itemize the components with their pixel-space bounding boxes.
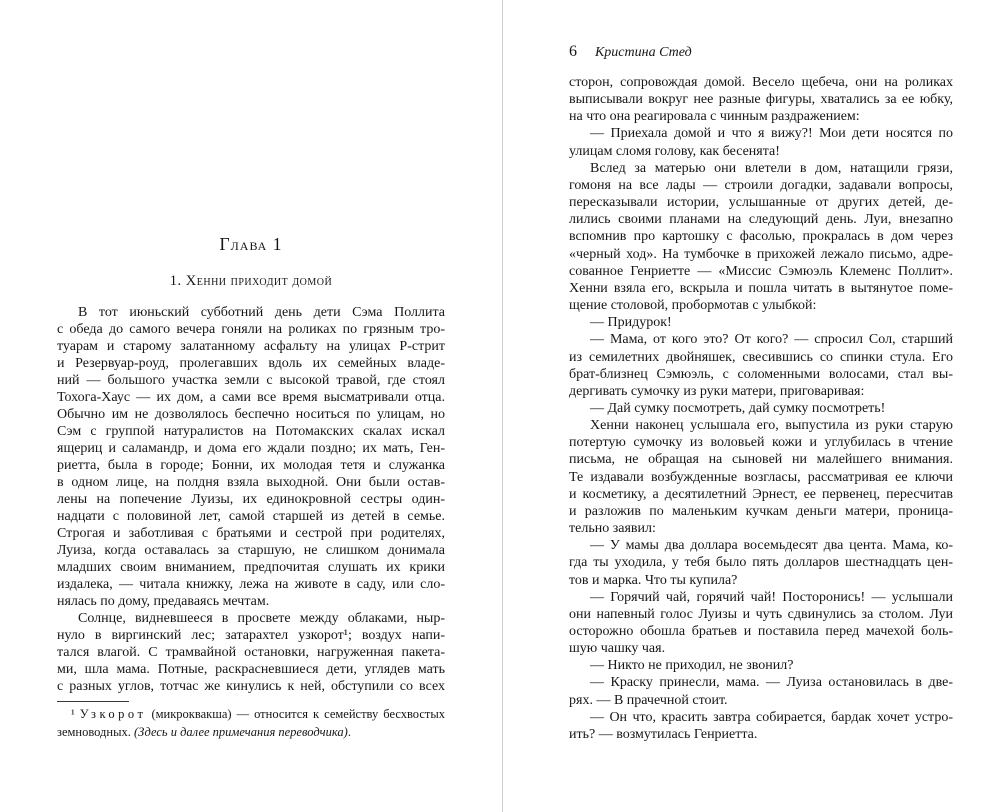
text-line: — Никто не приходил, не звонил? [569,657,953,674]
text-line: ми, шла мама. Потные, раскрасневшиеся де… [57,661,445,678]
text-line: надцати с половиной лет, самой старшей и… [57,508,445,525]
text-line: лились своими планами на следующий день.… [569,211,953,228]
text-line: лены на попечение Луизы, их единокровной… [57,491,445,508]
text-line: сторон, сопровождая домой. Весело щебеча… [569,74,953,91]
text-line: риетта, была в городе; Бонни, их молодая… [57,457,445,474]
text-line: Те издавали возбужденные возгласы, рассм… [569,469,953,486]
footnote-text: земноводных. [57,725,134,739]
footnote-line: ¹ Узкорот (микроквакша) — относится к се… [57,706,445,724]
text-line: с разных углов, тотчас же кинулись к ней… [57,678,445,695]
page-number: 6 [569,43,577,60]
text-line: младших своим вниманием, предпочитая слу… [57,559,445,576]
text-line: — Он что, красить завтра собирается, бар… [569,709,953,726]
left-page: Глава 1 1. Хенни приходит домой В тот ию… [0,0,502,812]
text-line: тался влагой. С трамвайной остановки, на… [57,644,445,661]
text-line: — Приехала домой и что я вижу?! Мои дети… [569,125,953,142]
text-line: — Краску принесли, мама. — Луиза останов… [569,674,953,691]
text-line: письма, не обращая на сыновей ни малейше… [569,451,953,468]
text-line: и косметику, а десятилетний Эрнест, ее п… [569,486,953,503]
paragraph: — У мамы два доллара восемьдесят два цен… [569,537,953,588]
footnote-term: Узкорот [80,707,147,721]
text-line: улицам сломя голову, как бесенята! [569,143,953,160]
text-line: туарам и старому залатанному асфальту на… [57,338,445,355]
text-line: из семилетних двойняшек, свесившись со с… [569,349,953,366]
text-line: Обычно им не дозволялось беспечно носить… [57,406,445,423]
footnote-line: земноводных. (Здесь и далее примечания п… [57,724,445,742]
text-line: брат-близнец Сэмюэль, с соломенными воло… [569,366,953,383]
text-line: — Придурок! [569,314,953,331]
text-line: тельно заявил: [569,520,953,537]
text-line: выписывали вокруг нее разные фигуры, хва… [569,91,953,108]
text-line: — Мама, от кого это? От кого? — спросил … [569,331,953,348]
text-line: в одном лице, на полдня взяла выходной. … [57,474,445,491]
text-line: на что она реагировала с чинным раздраже… [569,108,953,125]
footnote-text: (микроквакша) — относится к семейству бе… [151,707,445,721]
paragraph: — Приехала домой и что я вижу?! Мои дети… [569,125,953,159]
text-line: осторожно обошла братьев и поставила пер… [569,623,953,640]
text-line: потертую сумочку из воловьей кожи и углу… [569,434,953,451]
running-title: Кристина Стед [595,45,692,60]
text-line: рях. — В прачечной стоит. [569,692,953,709]
footnote-marker: ¹ [71,707,75,721]
text-line: — Горячий чай, горячий чай! Посторонись!… [569,589,953,606]
paragraph: — Дай сумку посмотреть, дай сумку посмот… [569,400,953,417]
paragraph: — Придурок! [569,314,953,331]
text-line: ящериц и саламандр, и дома его ждали поз… [57,440,445,457]
left-body-text: В тот июньский субботний день дети Сэма … [57,304,445,695]
text-line: нялась по дому, предаваясь мечтам. [57,593,445,610]
text-line: «черный ход». На тумбочке в прихожей леж… [569,246,953,263]
text-line: Хенни взяла его, вскрыла и пошла читать … [569,280,953,297]
text-line: нуло в виргинский лес; затарахтел узкоро… [57,627,445,644]
section-heading: 1. Хенни приходит домой [57,273,445,290]
right-body-text: сторон, сопровождая домой. Весело щебеча… [569,74,953,743]
running-header: 6Кристина Стед [569,43,953,61]
text-line: дергивать сумочку из руки матери, пригов… [569,383,953,400]
text-line: тов и марка. Что ты купила? [569,572,953,589]
text-line: ить? — возмутилась Генриетта. [569,726,953,743]
footnote: ¹ Узкорот (микроквакша) — относится к се… [57,701,445,741]
translator-note: (Здесь и далее примечания переводчика) [134,725,348,739]
text-line: — Дай сумку посмотреть, дай сумку посмот… [569,400,953,417]
text-line: вспомнив про картошку с фасолью, прокрал… [569,228,953,245]
text-line: ний — большого участка земли с высокой т… [57,372,445,389]
paragraph: — Горячий чай, горячий чай! Посторонись!… [569,589,953,658]
text-line: и Резервуар-роуд, пролегавших вдоль их с… [57,355,445,372]
text-line: и разложив по маленьким кучкам деньги ма… [569,503,953,520]
text-line: Сэм с группой натуралистов на Потомакски… [57,423,445,440]
paragraph: Хенни наконец услышала его, выпустила из… [569,417,953,537]
text-line: Хенни наконец услышала его, выпустила из… [569,417,953,434]
text-line: — У мамы два доллара восемьдесят два цен… [569,537,953,554]
paragraph: Солнце, видневшееся в просвете между обл… [57,610,445,695]
paragraph: сторон, сопровождая домой. Весело щебеча… [569,74,953,125]
text-line: Солнце, видневшееся в просвете между обл… [57,610,445,627]
text-line: гомоня на все лады — строили догадки, за… [569,177,953,194]
paragraph: — Он что, красить завтра собирается, бар… [569,709,953,743]
text-line: гда ты уходила, у тебя было пять долларо… [569,554,953,571]
text-line: пересказывали истории, услышанные от дру… [569,194,953,211]
right-text-column: 6Кристина Стед сторон, сопровождая домой… [569,0,953,812]
paragraph: — Никто не приходил, не звонил? [569,657,953,674]
right-page: 6Кристина Стед сторон, сопровождая домой… [503,0,1005,812]
text-line: В тот июньский субботний день дети Сэма … [57,304,445,321]
chapter-heading: Глава 1 [57,234,445,255]
left-text-column: Глава 1 1. Хенни приходит домой В тот ию… [57,0,445,812]
footnote-divider [57,701,129,702]
text-line: издалека, — читала книжку, лежа на живот… [57,576,445,593]
text-line: они напевный голос Луизы и чуть сдвинули… [569,606,953,623]
text-line: Вслед за матерью они влетели в дом, ната… [569,160,953,177]
text-line: Строгая и заботливая с братьями и сестро… [57,525,445,542]
footnote-text: . [348,725,351,739]
text-line: шую чашку чая. [569,640,953,657]
paragraph: В тот июньский субботний день дети Сэма … [57,304,445,610]
paragraph: — Мама, от кого это? От кого? — спросил … [569,331,953,400]
text-line: Луиза, когда оставалась за старшую, не с… [57,542,445,559]
paragraph: Вслед за матерью они влетели в дом, ната… [569,160,953,314]
paragraph: — Краску принесли, мама. — Луиза останов… [569,674,953,708]
text-line: сованное Генриетте — «Миссис Сэмюэль Кле… [569,263,953,280]
text-line: с обеда до самого вечера гоняли на ролик… [57,321,445,338]
text-line: щение столовой, пробормотав с улыбкой: [569,297,953,314]
text-line: Тохога-Хаус — их дом, а сами все время в… [57,389,445,406]
